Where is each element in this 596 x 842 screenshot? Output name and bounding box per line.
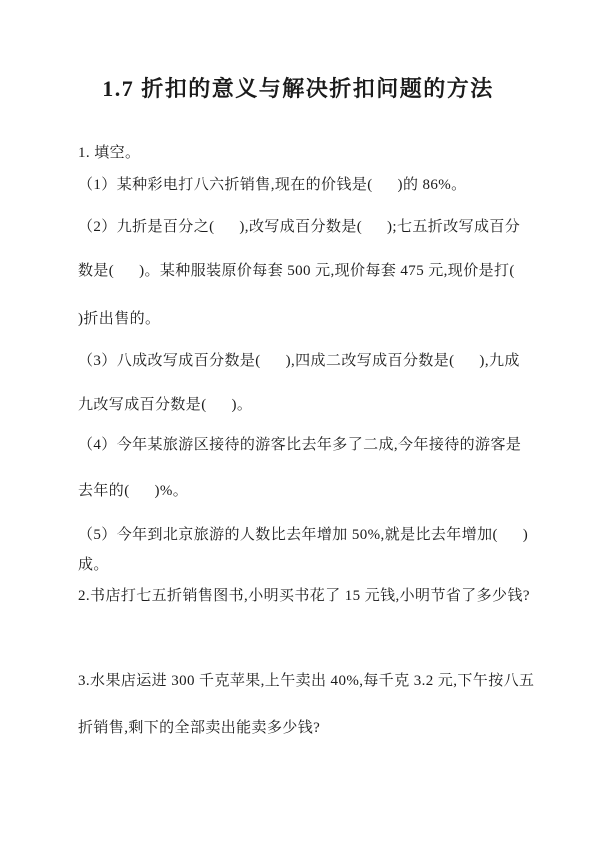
worksheet-line-q1-3a: （3）八成改写成百分数是( ),四成二改写成百分数是( ),九成 (78, 353, 520, 370)
worksheet-line-q1-2b: 数是( )。某种服装原价每套 500 元,现价每套 475 元,现价是打( (78, 263, 515, 280)
worksheet-line-q1-1: （1）某种彩电打八六折销售,现在的价钱是( )的 86%。 (78, 177, 467, 194)
worksheet-line-q1-2c: )折出售的。 (78, 311, 160, 328)
worksheet-line-q2: 2.书店打七五折销售图书,小明买书花了 15 元钱,小明节省了多少钱? (78, 588, 530, 605)
worksheet-line-q3a: 3.水果店运进 300 千克苹果,上午卖出 40%,每千克 3.2 元,下午按八… (78, 673, 534, 690)
worksheet-page: 1.7 折扣的意义与解决折扣问题的方法 1. 填空。 （1）某种彩电打八六折销售… (0, 0, 596, 842)
worksheet-line-q1-2a: （2）九折是百分之( ),改写成百分数是( );七五折改写成百分 (78, 219, 520, 236)
worksheet-line-q3b: 折销售,剩下的全部卖出能卖多少钱? (78, 720, 320, 737)
worksheet-line-q1-4b: 去年的( )%。 (78, 483, 188, 500)
worksheet-line-fill-in-header: 1. 填空。 (78, 145, 140, 162)
worksheet-line-q1-5a: （5）今年到北京旅游的人数比去年增加 50%,就是比去年增加( ) (78, 527, 528, 544)
worksheet-line-q1-5b: 成。 (78, 557, 109, 574)
page-title: 1.7 折扣的意义与解决折扣问题的方法 (0, 72, 596, 103)
worksheet-line-q1-3b: 九改写成百分数是( )。 (78, 397, 252, 414)
worksheet-line-q1-4a: （4）今年某旅游区接待的游客比去年多了二成,今年接待的游客是 (78, 437, 521, 454)
